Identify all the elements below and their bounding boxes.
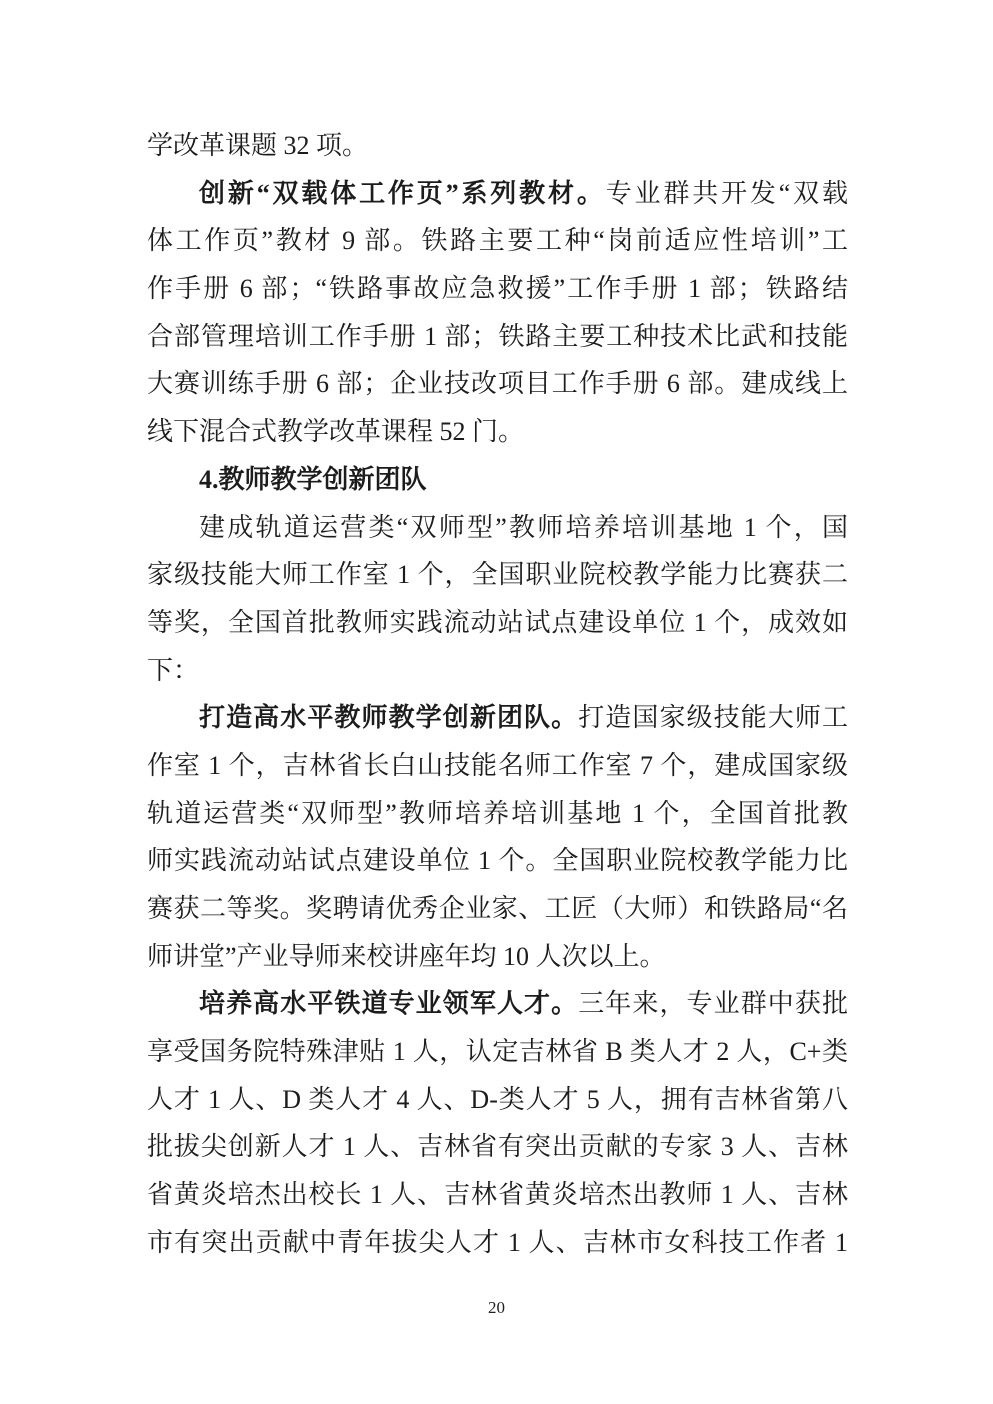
text-line: 赛获二等奖。奖聘请优秀企业家、工匠（大师）和铁路局“名 — [147, 885, 848, 933]
text-line: 下： — [147, 647, 848, 695]
text-segment: 赛获二等奖。奖聘请优秀企业家、工匠（大师）和铁路局“名 — [147, 894, 848, 923]
page-number: 20 — [0, 1298, 993, 1318]
text-line: 线下混合式教学改革课程 52 门。 — [147, 408, 848, 456]
text-segment: 市有突出贡献中青年拔尖人才 1 人、吉林市女科技工作者 1 — [147, 1228, 848, 1257]
text-segment: 批拔尖创新人才 1 人、吉林省有突出贡献的专家 3 人、吉林 — [147, 1132, 848, 1161]
text-line: 作手册 6 部；“铁路事故应急救援”工作手册 1 部；铁路结 — [147, 265, 848, 313]
document-page: 学改革课题 32 项。创新“双载体工作页”系列教材。专业群共开发“双载体工作页”… — [0, 0, 993, 1404]
text-line: 等奖，全国首批教师实践流动站试点建设单位 1 个，成效如 — [147, 599, 848, 647]
text-line: 家级技能大师工作室 1 个，全国职业院校教学能力比赛获二 — [147, 551, 848, 599]
text-segment: 作手册 6 部；“铁路事故应急救援”工作手册 1 部；铁路结 — [147, 274, 848, 303]
text-segment: 学改革课题 32 项。 — [147, 131, 368, 160]
text-line: 培养高水平铁道专业领军人才。三年来，专业群中获批 — [147, 980, 848, 1028]
text-line: 学改革课题 32 项。 — [147, 122, 848, 170]
text-line: 轨道运营类“双师型”教师培养培训基地 1 个，全国首批教 — [147, 790, 848, 838]
text-line: 打造高水平教师教学创新团队。打造国家级技能大师工 — [147, 694, 848, 742]
text-segment: 下： — [147, 656, 199, 685]
text-segment: 人才 1 人、D 类人才 4 人、D-类人才 5 人，拥有吉林省第八 — [147, 1085, 848, 1114]
text-line: 享受国务院特殊津贴 1 人，认定吉林省 B 类人才 2 人，C+类 — [147, 1028, 848, 1076]
document-body: 学改革课题 32 项。创新“双载体工作页”系列教材。专业群共开发“双载体工作页”… — [147, 122, 848, 1267]
text-segment: 体工作页”教材 9 部。铁路主要工种“岗前适应性培训”工 — [147, 226, 848, 255]
text-segment: 等奖，全国首批教师实践流动站试点建设单位 1 个，成效如 — [147, 608, 848, 637]
text-segment: 作室 1 个，吉林省长白山技能名师工作室 7 个，建成国家级 — [147, 751, 848, 780]
section-heading: 4.教师教学创新团队 — [147, 456, 848, 504]
text-line: 作室 1 个，吉林省长白山技能名师工作室 7 个，建成国家级 — [147, 742, 848, 790]
text-line: 大赛训练手册 6 部；企业技改项目工作手册 6 部。建成线上 — [147, 360, 848, 408]
bold-text-segment: 创新“双载体工作页”系列教材。 — [199, 179, 606, 208]
bold-text-segment: 培养高水平铁道专业领军人才。 — [199, 989, 578, 1018]
text-segment: 享受国务院特殊津贴 1 人，认定吉林省 B 类人才 2 人，C+类 — [147, 1037, 848, 1066]
text-line: 师实践流动站试点建设单位 1 个。全国职业院校教学能力比 — [147, 837, 848, 885]
text-segment: 大赛训练手册 6 部；企业技改项目工作手册 6 部。建成线上 — [147, 369, 848, 398]
text-segment: 三年来，专业群中获批 — [578, 989, 848, 1018]
text-segment: 师讲堂”产业导师来校讲座年均 10 人次以上。 — [147, 942, 666, 971]
text-line: 省黄炎培杰出校长 1 人、吉林省黄炎培杰出教师 1 人、吉林 — [147, 1171, 848, 1219]
text-line: 合部管理培训工作手册 1 部；铁路主要工种技术比武和技能 — [147, 313, 848, 361]
text-line: 市有突出贡献中青年拔尖人才 1 人、吉林市女科技工作者 1 — [147, 1219, 848, 1267]
text-segment: 省黄炎培杰出校长 1 人、吉林省黄炎培杰出教师 1 人、吉林 — [147, 1180, 848, 1209]
text-line: 批拔尖创新人才 1 人、吉林省有突出贡献的专家 3 人、吉林 — [147, 1123, 848, 1171]
text-segment: 师实践流动站试点建设单位 1 个。全国职业院校教学能力比 — [147, 846, 848, 875]
bold-text-segment: 4.教师教学创新团队 — [199, 465, 427, 494]
text-segment: 轨道运营类“双师型”教师培养培训基地 1 个，全国首批教 — [147, 799, 848, 828]
text-line: 创新“双载体工作页”系列教材。专业群共开发“双载 — [147, 170, 848, 218]
text-segment: 线下混合式教学改革课程 52 门。 — [147, 417, 524, 446]
bold-text-segment: 打造高水平教师教学创新团队。 — [199, 703, 578, 732]
text-segment: 家级技能大师工作室 1 个，全国职业院校教学能力比赛获二 — [147, 560, 848, 589]
text-segment: 合部管理培训工作手册 1 部；铁路主要工种技术比武和技能 — [147, 322, 848, 351]
text-line: 师讲堂”产业导师来校讲座年均 10 人次以上。 — [147, 933, 848, 981]
text-segment: 专业群共开发“双载 — [606, 179, 848, 208]
text-line: 人才 1 人、D 类人才 4 人、D-类人才 5 人，拥有吉林省第八 — [147, 1076, 848, 1124]
text-segment: 打造国家级技能大师工 — [578, 703, 848, 732]
text-segment: 建成轨道运营类“双师型”教师培养培训基地 1 个，国 — [199, 513, 848, 542]
text-line: 建成轨道运营类“双师型”教师培养培训基地 1 个，国 — [147, 504, 848, 552]
text-line: 体工作页”教材 9 部。铁路主要工种“岗前适应性培训”工 — [147, 217, 848, 265]
